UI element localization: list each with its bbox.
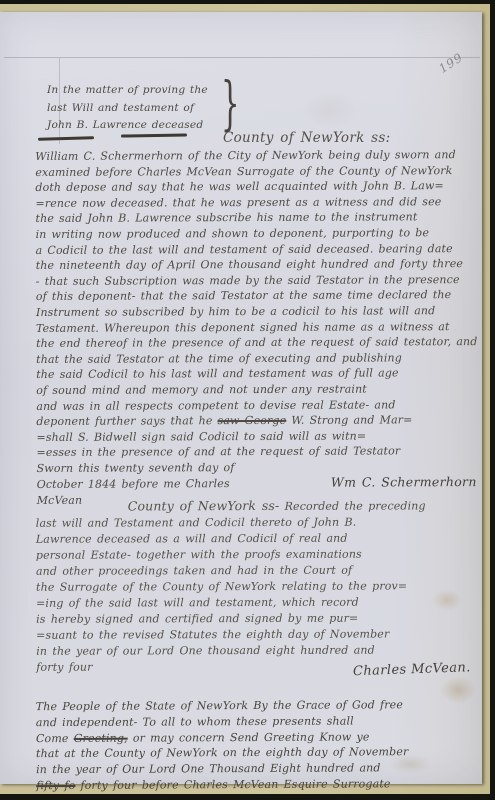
manuscript-page: 199 In the matter of proving thelast Wil…	[0, 12, 482, 784]
deposition-line: in writing now produced and shown to dep…	[36, 225, 476, 243]
deposition-line: Instrument so subscribed by him to be a …	[36, 303, 476, 321]
page-number: 199	[436, 50, 465, 76]
recording-line: Lawrence deceased as a will and Codicil …	[36, 530, 476, 548]
recording-line: =ing of the said last will and testament…	[36, 594, 476, 612]
deposition-line: doth depose and say that he was well acq…	[35, 178, 475, 196]
writ-paragraph: The People of the State of NewYork By th…	[36, 697, 478, 794]
deposition-line: William C. Schermerhorn of the City of N…	[35, 147, 475, 165]
caption-brace: }	[221, 74, 239, 132]
deposition-paragraph: William C. Schermerhorn of the City of N…	[35, 147, 477, 509]
caption-block: In the matter of proving thelast Will an…	[47, 82, 227, 135]
surrogate-signature: Charles McVean.	[353, 660, 483, 680]
caption-line: John B. Lawrence deceased	[47, 117, 227, 135]
recording-line: and other proceedings taken and had in t…	[36, 562, 476, 580]
struck-text: saw George	[218, 414, 287, 427]
deposition-lines-bottom: =shall S. Bidwell sign said Codicil to s…	[36, 428, 476, 461]
caption-line: In the matter of proving the	[47, 82, 227, 100]
struck-text: fifty fo	[36, 779, 75, 792]
strike-line-before: deponent further says that he	[36, 414, 217, 428]
recording-line: the Surrogate of the County of NewYork r…	[36, 578, 476, 596]
deposition-strike-line: deponent further says that he saw George…	[36, 412, 476, 430]
recording-line: is hereby signed and certified and signe…	[36, 610, 476, 628]
scanned-record-page: 199 In the matter of proving thelast Wil…	[0, 0, 495, 800]
deposition-line: the nineteenth day of April One thousand…	[36, 256, 476, 274]
caption-line: last Will and testament of	[47, 100, 227, 118]
recording-paragraph: County of NewYork ss- Recorded the prece…	[36, 497, 477, 676]
venue-heading: County of NewYork ss:	[223, 130, 390, 146]
recording-venue: County of NewYork ss-	[128, 498, 280, 514]
recording-line: last will and Testament and Codicil ther…	[36, 514, 476, 532]
writ-line3-before: Come	[36, 732, 74, 745]
struck-text: Greeting,	[74, 731, 128, 744]
writ-strike-line: fifty fo forty four before Charles McVea…	[36, 776, 478, 794]
writ-line6-after: forty four before Charles McVean Esquire…	[75, 777, 390, 792]
witness-signature: Wm C. Schermerhorn	[331, 475, 477, 491]
recording-line: =suant to the revised Statutes the eight…	[36, 626, 476, 644]
recording-heading-line: County of NewYork ss- Recorded the prece…	[36, 497, 476, 516]
recording-line: in the year of our Lord One thousand eig…	[36, 642, 476, 660]
caption-underline	[38, 136, 94, 140]
recording-opening: Recorded the preceding	[279, 499, 425, 513]
page-crease	[4, 57, 480, 58]
deposition-line: the said John B. Lawrence subscribe his …	[35, 209, 475, 227]
recording-line: personal Estate- together with the proof…	[36, 546, 476, 564]
deposition-lines-top: William C. Schermerhorn of the City of N…	[35, 147, 476, 414]
writ-line3-after: or may concern Send Greeting Know ye	[128, 730, 370, 744]
strike-line-after: W. Strong and Mar=	[286, 413, 412, 427]
deposition-line: of this deponent- that the said Testator…	[36, 287, 476, 305]
recording-lines: last will and Testament and Codicil ther…	[36, 514, 477, 676]
deposition-line: the end thereof in the presence of and a…	[36, 334, 476, 352]
jurat-line-2: October 1844 before me Charles Wm C. Sch…	[37, 475, 477, 494]
caption-underline	[121, 133, 187, 137]
jurat-before-me: October 1844 before me Charles	[37, 477, 230, 493]
